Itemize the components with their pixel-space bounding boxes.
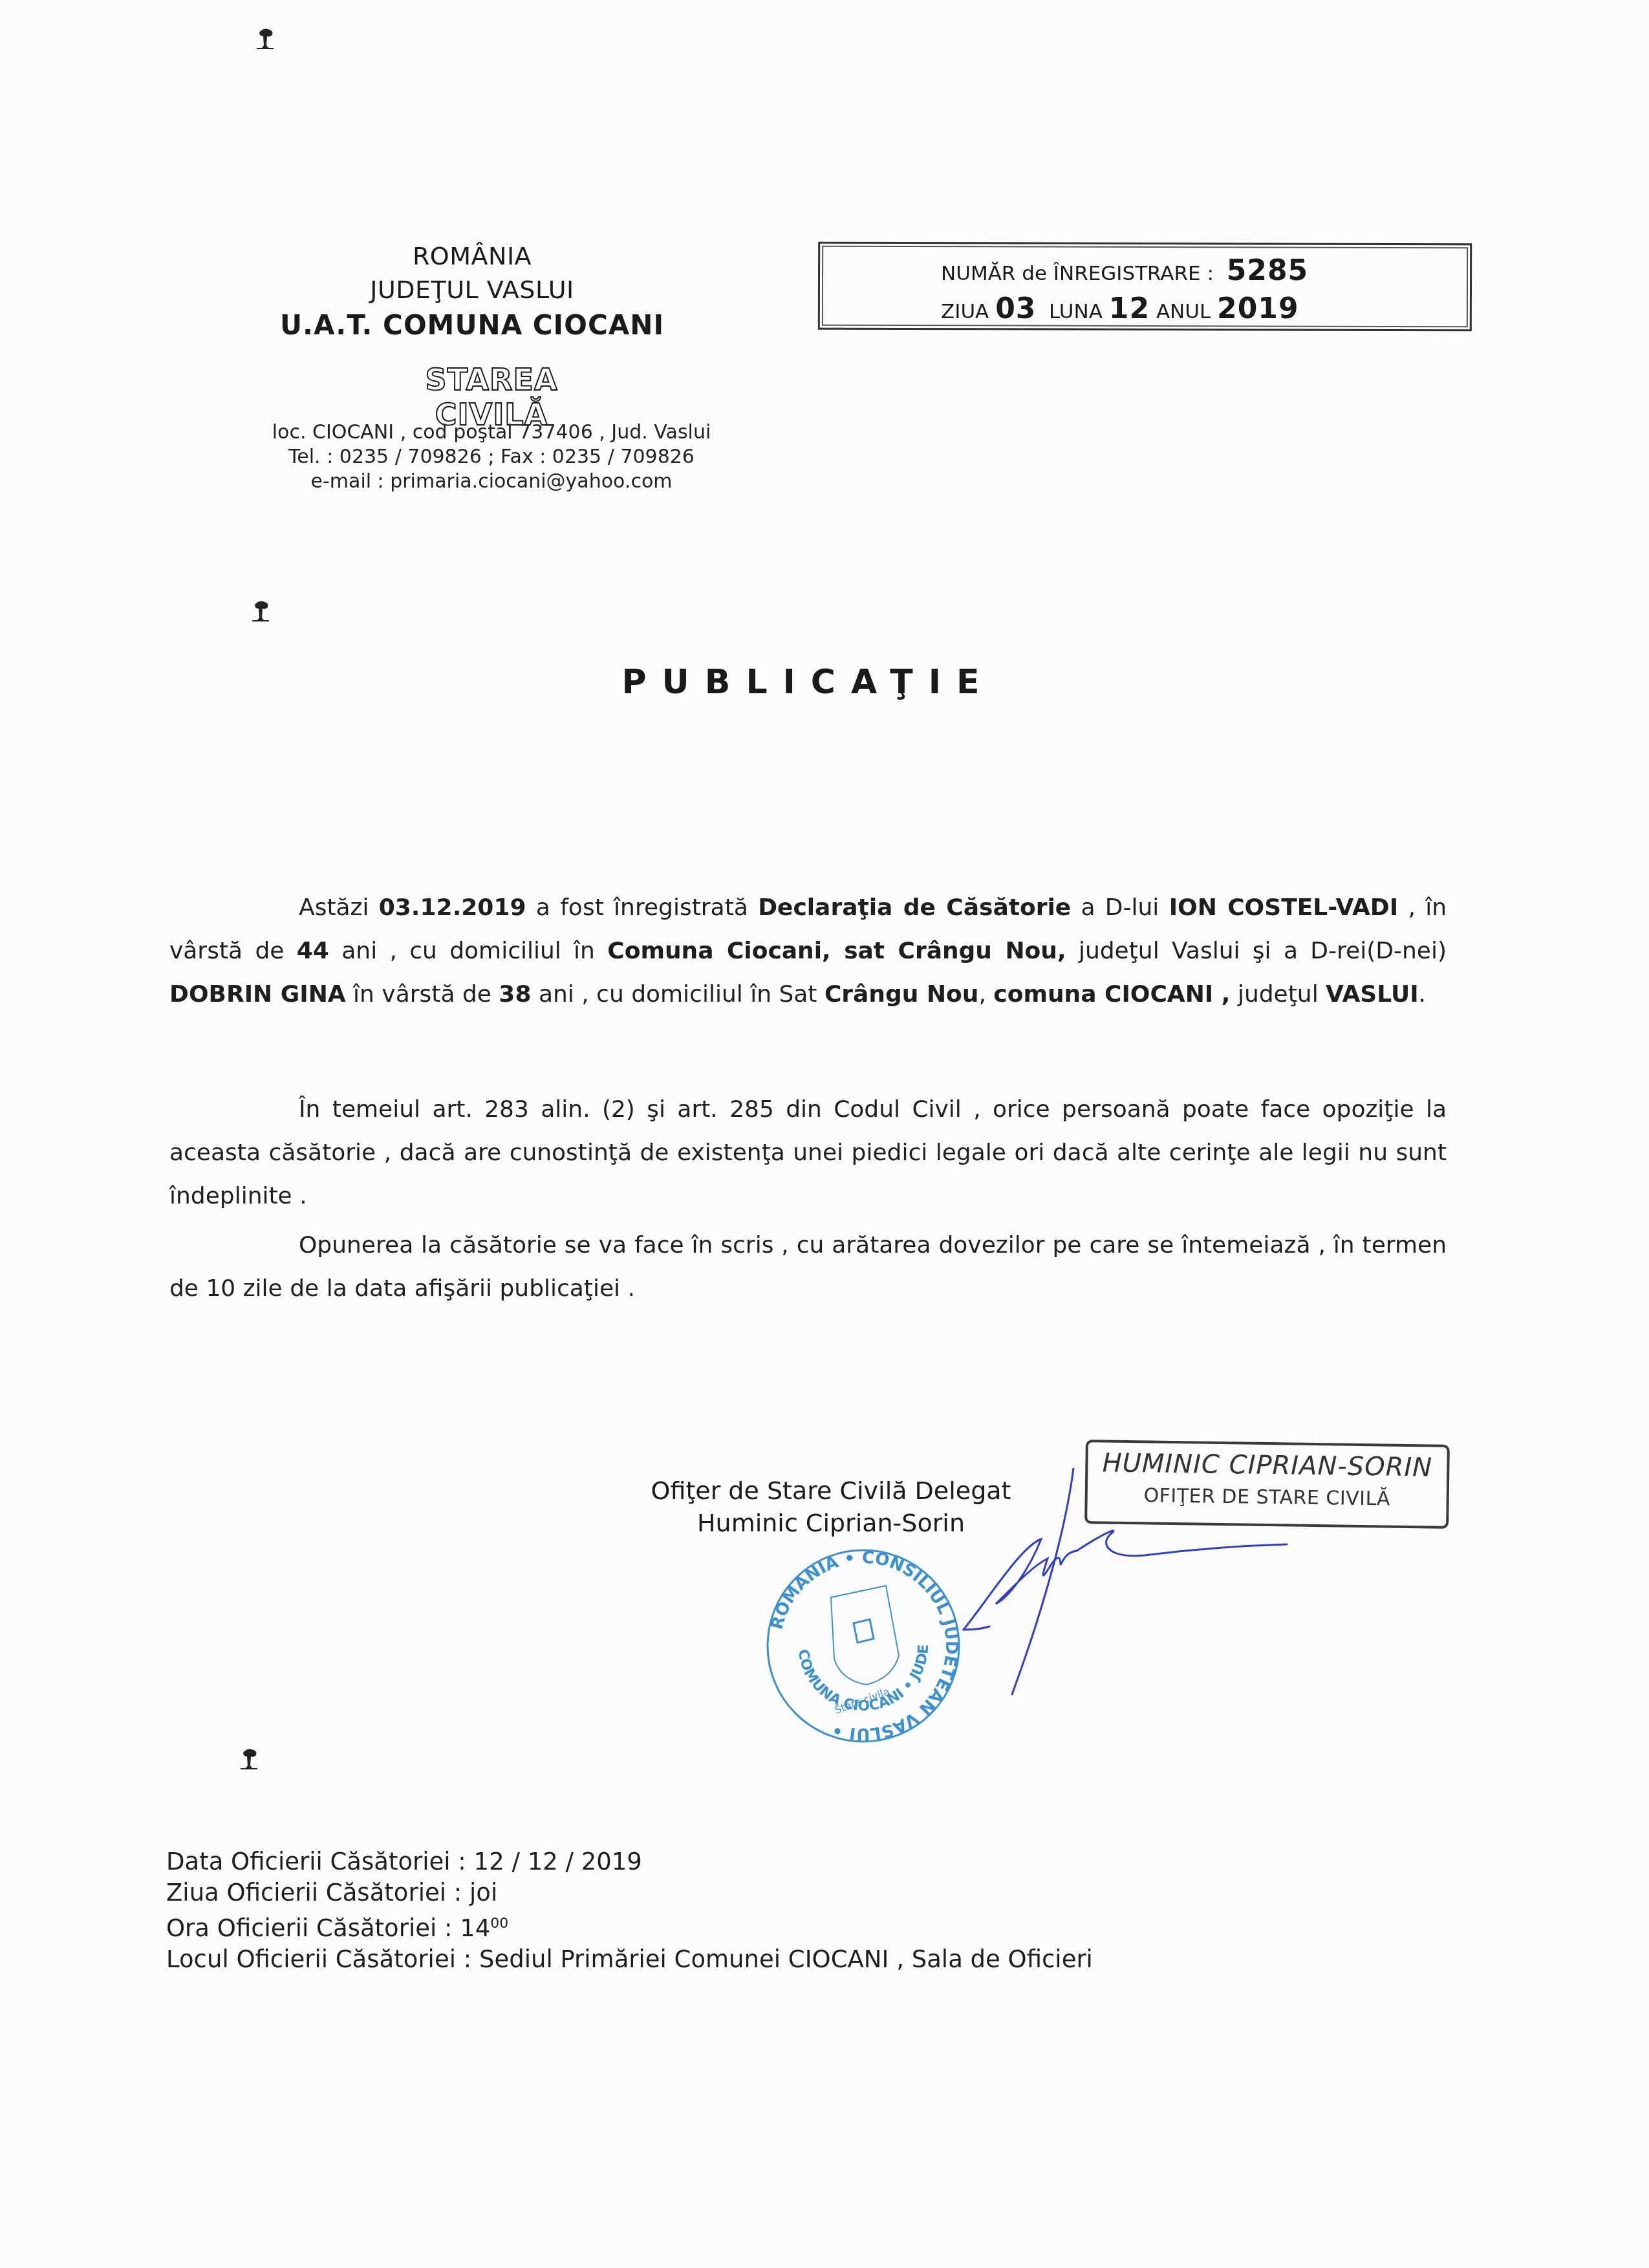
bride-village: Crângu Nou: [824, 981, 979, 1008]
text: ani , cu domiciliul în: [329, 938, 607, 964]
county-label: JUDEŢUL VASLUI: [213, 273, 731, 307]
text: a D-lui: [1071, 894, 1169, 921]
scan-speck-icon: [255, 26, 277, 53]
ceremony-details: Data Oficierii Căsătoriei : 12 / 12 / 20…: [166, 1846, 1093, 1975]
ceremony-day-label: Ziua Oficierii Căsătoriei :: [166, 1879, 462, 1906]
ceremony-hour-row: Ora Oficierii Căsătoriei : 1400: [166, 1908, 1093, 1944]
registration-year: 2019: [1217, 292, 1299, 325]
scan-speck-icon: [251, 598, 273, 625]
month-label: LUNA: [1049, 300, 1103, 323]
text: Opunerea la căsătorie se va face în scri…: [169, 1232, 1447, 1302]
email-line: e-mail : primaria.ciocani@yahoo.com: [213, 470, 770, 494]
document-title: PUBLICAŢIE: [582, 663, 1035, 702]
registration-date: 03.12.2019: [379, 894, 526, 921]
ceremony-place: Sediul Primăriei Comunei CIOCANI , Sala …: [479, 1945, 1093, 1973]
text: În temeiul art. 283 alin. (2) şi art. 28…: [169, 1096, 1447, 1209]
declaration-paragraph: Astăzi 03.12.2019 a fost înregistrată De…: [169, 886, 1447, 1016]
address-line: loc. CIOCANI , cod poştal 737406 , Jud. …: [213, 420, 770, 445]
ceremony-place-label: Locul Oficierii Căsătoriei :: [166, 1945, 471, 1973]
text: Astăzi: [299, 894, 379, 921]
authority-label: U.A.T. COMUNA CIOCANI: [213, 307, 731, 344]
bride-county: VASLUI: [1326, 981, 1419, 1008]
bride-age: 38: [499, 981, 531, 1008]
country-label: ROMÂNIA: [213, 239, 731, 273]
ceremony-place-row: Locul Oficierii Căsătoriei : Sediul Prim…: [166, 1944, 1093, 1975]
scan-speck-icon: [239, 1746, 261, 1773]
bride-commune: comuna CIOCANI ,: [993, 981, 1230, 1008]
groom-address: Comuna Ciocani, sat Crângu Nou,: [607, 938, 1066, 964]
handwritten-signature-icon: [951, 1468, 1313, 1714]
groom-name: ION COSTEL-VADI: [1169, 894, 1398, 921]
groom-age: 44: [297, 938, 329, 964]
ceremony-date-row: Data Oficierii Căsătoriei : 12 / 12 / 20…: [166, 1846, 1093, 1877]
year-label: ANUL: [1156, 300, 1211, 323]
day-label: ZIUA: [941, 300, 989, 323]
text: judeţul: [1230, 981, 1326, 1008]
ceremony-minutes: 00: [490, 1916, 508, 1932]
ceremony-date: 12 / 12 / 2019: [474, 1848, 642, 1875]
official-seal-icon: ROMANIA • CONSILIUL JUDETEAN VASLUI • CO…: [763, 1546, 964, 1746]
registration-label: NUMĂR de ÎNREGISTRARE :: [941, 262, 1214, 285]
ceremony-hour-label: Ora Oficierii Căsătoriei :: [166, 1914, 452, 1942]
legal-basis-paragraph: În temeiul art. 283 alin. (2) şi art. 28…: [169, 1088, 1447, 1218]
phone-line: Tel. : 0235 / 709826 ; Fax : 0235 / 7098…: [213, 445, 770, 470]
text: judeţul Vaslui şi a D-rei(D-nei): [1066, 938, 1447, 964]
bride-name: DOBRIN GINA: [169, 981, 346, 1008]
text: ani , cu domiciliul în Sat: [531, 981, 824, 1008]
registration-month: 12: [1109, 292, 1150, 325]
ceremony-day: joi: [469, 1879, 497, 1906]
text: .: [1419, 981, 1426, 1008]
registration-date-line: ZIUA 03 LUNA 12 ANUL 2019: [941, 292, 1299, 325]
text: ,: [978, 981, 993, 1008]
registration-number-line: NUMĂR de ÎNREGISTRARE : 5285: [941, 254, 1308, 287]
contact-block: loc. CIOCANI , cod poştal 737406 , Jud. …: [213, 420, 770, 494]
ceremony-day-row: Ziua Oficierii Căsătoriei : joi: [166, 1877, 1093, 1908]
text: în vârstă de: [346, 981, 499, 1008]
text: a fost înregistrată: [526, 894, 759, 921]
opposition-paragraph: Opunerea la căsătorie se va face în scri…: [169, 1224, 1447, 1310]
issuer-header: ROMÂNIA JUDEŢUL VASLUI U.A.T. COMUNA CIO…: [213, 239, 731, 344]
ceremony-date-label: Data Oficierii Căsătoriei :: [166, 1848, 466, 1875]
registration-day: 03: [995, 292, 1036, 325]
ceremony-hour: 14: [460, 1914, 490, 1942]
registration-number: 5285: [1227, 254, 1308, 287]
document-type: Declaraţia de Căsătorie: [758, 894, 1071, 921]
